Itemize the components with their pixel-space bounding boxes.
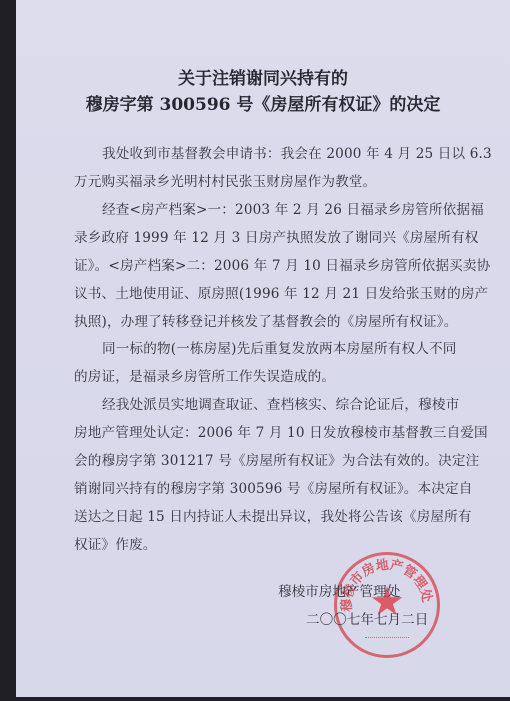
body-line: 经我处派员实地调查取证、查档核实、综合论证后，穆棱市 [102, 396, 502, 414]
body-line: 的房证，是福录乡房管所工作失误造成的。 [74, 368, 474, 386]
body-line: 销谢同兴持有的穆房字第 300596 号《房屋所有权证》。本决定自 [74, 480, 474, 498]
issue-date: 二〇〇七年七月二日 [306, 608, 428, 628]
body-line: 万元购买福录乡光明村村民张玉财房屋作为教堂。 [74, 173, 474, 191]
body-line: 录乡政府 1999 年 12 月 3 日房产执照发放了谢同兴《房屋所有权 [74, 229, 474, 247]
body-line: 会的穆房字第 301217 号《房屋所有权证》为合法有效的。决定注 [74, 452, 474, 470]
body-line: 证》。<房产档案>二：2006 年 7 月 10 日福录乡房管所依据买卖协 [74, 257, 474, 275]
seal-code-line [365, 635, 409, 638]
body-line: 执照)，办理了转移登记并核发了基督教会的《房屋所有权证》。 [74, 313, 474, 331]
document-title-line-2: 穆房字第 300596 号《房屋所有权证》的决定 [16, 90, 510, 115]
body-line: 我处收到市基督教会申请书：我会在 2000 年 4 月 25 日以 6.3 [102, 145, 502, 163]
body-line: 同一标的物(一栋房屋)先后重复发放两本房屋所有权人不同 [102, 340, 502, 358]
official-seal-stamp: 穆棱市房地产管理处 ★ [334, 552, 440, 658]
body-line: 房地产管理处认定：2006 年 7 月 10 日发放穆棱市基督教三自爱国 [74, 424, 474, 442]
document-page: 关于注销谢同兴持有的 穆房字第 300596 号《房屋所有权证》的决定 我处收到… [16, 0, 510, 697]
document-title-line-1: 关于注销谢同兴持有的 [16, 64, 510, 89]
issuer-name: 穆棱市房地产管理处 [278, 580, 400, 600]
body-line: 经查<房产档案>一：2003 年 2 月 26 日福录乡房管所依据福 [102, 201, 502, 219]
body-line: 送达之日起 15 日内持证人未提出异议，我处将公告该《房屋所有 [74, 508, 474, 526]
body-line: 权证》作废。 [74, 536, 474, 554]
body-line: 议书、土地使用证、原房照(1996 年 12 月 21 日发给张玉财的房产 [74, 285, 474, 303]
